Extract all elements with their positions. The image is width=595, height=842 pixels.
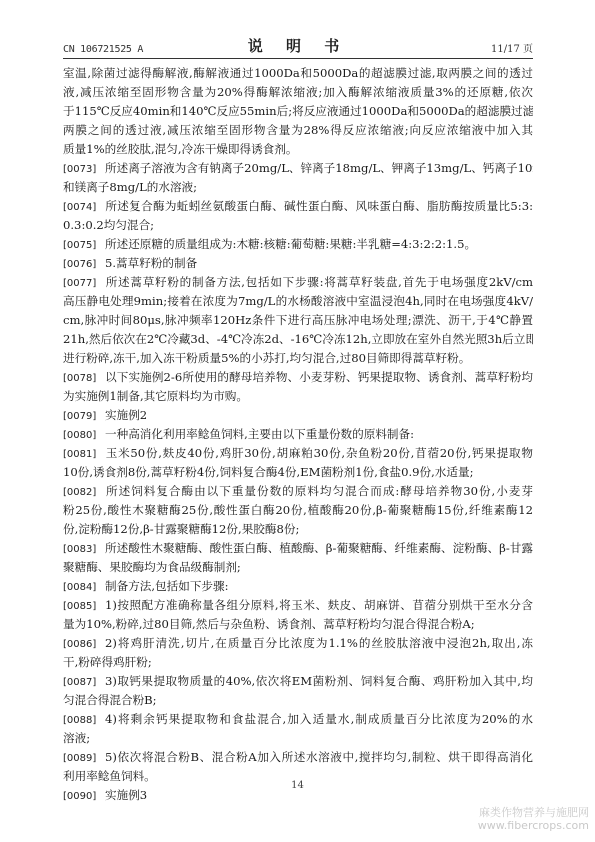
paragraph-line: 为实施例1制备,其它原料均为市购。: [63, 387, 533, 406]
paragraph-text: 5)依次将混合粉B、混合粉A加入所述水溶液中,搅拌均匀,制粒、烘干即得高消化: [105, 750, 533, 764]
paragraph-number: [0087]: [63, 673, 105, 691]
paragraph-text: 所述饲料复合酶由以下重量份数的原料均匀混合而成:酵母培养物30份,小麦芽: [105, 484, 533, 498]
paragraph-line-numbered: [0074]所述复合酶为蚯蚓丝氨酸蛋白酶、碱性蛋白酶、风味蛋白酶、脂肪酶按质量比…: [63, 197, 533, 216]
paragraph-number: [0089]: [63, 749, 105, 767]
paragraph-text: 21h,然后依次在2℃冷藏3d、-4℃冷冻2d、-16℃冷冻12h,立即放在室外…: [63, 332, 533, 346]
paragraph-text: 所述复合酶为蚯蚓丝氨酸蛋白酶、碱性蛋白酶、风味蛋白酶、脂肪酶按质量比5:3:: [105, 199, 533, 213]
paragraph-text: 以下实施例2-6所使用的酵母培养物、小麦芽粉、钙果提取物、诱食剂、蒿草籽粉均: [105, 370, 533, 384]
paragraph-line-numbered: [0087]3)取钙果提取物质量的40%,依次将EM菌粉剂、饲料复合酶、鸡肝粉加…: [63, 672, 533, 691]
paragraph-line: 0.3:0.2均匀混合;: [63, 216, 533, 235]
paragraph-text: 为实施例1制备,其它原料均为市购。: [63, 389, 248, 403]
paragraph-line: 匀混合得混合粉B;: [63, 691, 533, 710]
paragraph-text: 所述蒿草籽粉的制备方法,包括如下步骤:将蒿草籽装盘,首先于电场强度2kV/cm: [105, 275, 533, 289]
paragraph-line-numbered: [0080]一种高消化利用率鲶鱼饲料,主要由以下重量份数的原料制备:: [63, 425, 533, 444]
paragraph-number: [0074]: [63, 198, 105, 216]
watermark: 麻类作物营养与施肥网 www.fibercrops.com: [478, 806, 589, 832]
page-header: CN 106721525 A 说 明 书 11/17 页: [63, 36, 533, 59]
page-number: 14: [0, 780, 595, 791]
paragraph-line-numbered: [0081]玉米50份,麸皮40份,鸡肝30份,胡麻粕30份,杂鱼粉20份,苜蓿…: [63, 444, 533, 463]
watermark-url: www.fibercrops.com: [478, 819, 589, 832]
paragraph-line: 质量1%的丝胶肽,混匀,冷冻干燥即得诱食剂。: [63, 140, 533, 159]
paragraph-text: 高压静电处理9min;接着在浓度为7mg/L的水杨酸溶液中室温浸泡4h,同时在电…: [63, 294, 533, 308]
paragraph-line: 于115℃反应40min和140℃反应55min后;将反应液通过1000Da和5…: [63, 102, 533, 121]
document-body: 室温,除菌过滤得酶解液,酶解液通过1000Da和5000Da的超滤膜过滤,取两膜…: [63, 64, 533, 805]
paragraph-text: 0.3:0.2均匀混合;: [63, 218, 154, 232]
page-counter: 11/17 页: [491, 40, 533, 55]
paragraph-text: 粉25份,酸性木聚糖酶25份,酸性蛋白酶20份,植酸酶20份,β-葡聚糖酶15份…: [63, 503, 533, 517]
paragraph-line-numbered: [0084]制备方法,包括如下步骤:: [63, 577, 533, 596]
paragraph-number: [0083]: [63, 540, 105, 558]
paragraph-line: 室温,除菌过滤得酶解液,酶解液通过1000Da和5000Da的超滤膜过滤,取两膜…: [63, 64, 533, 83]
paragraph-number: [0086]: [63, 635, 105, 653]
paragraph-line-numbered: [0085]1)按照配方准确称量各组分原料,将玉米、麸皮、胡麻饼、苜蓿分别烘干至…: [63, 596, 533, 615]
paragraph-line-numbered: [0077]所述蒿草籽粉的制备方法,包括如下步骤:将蒿草籽装盘,首先于电场强度2…: [63, 273, 533, 292]
paragraph-text: 实施例2: [105, 408, 147, 422]
paragraph-number: [0080]: [63, 426, 105, 444]
paragraph-line: 21h,然后依次在2℃冷藏3d、-4℃冷冻2d、-16℃冷冻12h,立即放在室外…: [63, 330, 533, 349]
watermark-site-name: 麻类作物营养与施肥网: [478, 806, 589, 819]
paragraph-text: 份,淀粉酶12份,β-甘露聚糖酶12份,果胶酶8份;: [63, 522, 299, 536]
paragraph-line-numbered: [0079]实施例2: [63, 406, 533, 425]
paragraph-text: 1)按照配方准确称量各组分原料,将玉米、麸皮、胡麻饼、苜蓿分别烘干至水分含: [105, 598, 533, 612]
paragraph-line: 10份,诱食剂8份,蒿草籽粉4份,饲料复合酶4份,EM菌粉剂1份,食盐0.9份,…: [63, 463, 533, 482]
paragraph-number: [0081]: [63, 445, 105, 463]
paragraph-line: 聚糖酶、果胶酶均为食品级酶制剂;: [63, 558, 533, 577]
paragraph-text: 匀混合得混合粉B;: [63, 693, 157, 707]
paragraph-text: 于115℃反应40min和140℃反应55min后;将反应液通过1000Da和5…: [63, 104, 533, 118]
paragraph-text: 10份,诱食剂8份,蒿草籽粉4份,饲料复合酶4份,EM菌粉剂1份,食盐0.9份,…: [63, 465, 474, 479]
paragraph-text: 室温,除菌过滤得酶解液,酶解液通过1000Da和5000Da的超滤膜过滤,取两膜…: [63, 66, 533, 80]
paragraph-text: 3)取钙果提取物质量的40%,依次将EM菌粉剂、饲料复合酶、鸡肝粉加入其中,均: [105, 674, 533, 688]
paragraph-line: 和镁离子8mg/L的水溶液;: [63, 178, 533, 197]
paragraph-line: 量为10%,粉碎,过80目筛,然后与杂鱼粉、诱食剂、蒿草籽粉均匀混合得混合粉A;: [63, 615, 533, 634]
paragraph-text: 和镁离子8mg/L的水溶液;: [63, 180, 197, 194]
paragraph-text: 质量1%的丝胶肽,混匀,冷冻干燥即得诱食剂。: [63, 142, 297, 156]
paragraph-number: [0082]: [63, 483, 105, 501]
paragraph-line: cm,脉冲时间80μs,脉冲频率120Hz条件下进行高压脉冲电场处理;漂洗、沥干…: [63, 311, 533, 330]
paragraph-line: 溶液;: [63, 729, 533, 748]
paragraph-text: 玉米50份,麸皮40份,鸡肝30份,胡麻粕30份,杂鱼粉20份,苜蓿20份,钙果…: [105, 446, 533, 460]
paragraph-line-numbered: [0073]所述离子溶液为含有钠离子20mg/L、锌离子18mg/L、钾离子13…: [63, 159, 533, 178]
paragraph-number: [0073]: [63, 160, 105, 178]
paragraph-text: 干,粉碎得鸡肝粉;: [63, 655, 152, 669]
paragraph-text: 进行粉碎,冻干,加入冻干粉质量5%的小苏打,均匀混合,过80目筛即得蒿草籽粉。: [63, 351, 470, 365]
paragraph-line-numbered: [0089]5)依次将混合粉B、混合粉A加入所述水溶液中,搅拌均匀,制粒、烘干即…: [63, 748, 533, 767]
document-title: 说 明 书: [63, 35, 533, 56]
paragraph-line: 干,粉碎得鸡肝粉;: [63, 653, 533, 672]
paragraph-line: 液,减压浓缩至固形物含量为20%得酶解浓缩液;加入酶解浓缩液质量3%的还原糖,依…: [63, 83, 533, 102]
paragraph-text: 4)将剩余钙果提取物和食盐混合,加入适量水,制成质量百分比浓度为20%的水: [105, 712, 533, 726]
paragraph-text: 溶液;: [63, 731, 90, 745]
paragraph-line: 进行粉碎,冻干,加入冻干粉质量5%的小苏打,均匀混合,过80目筛即得蒿草籽粉。: [63, 349, 533, 368]
paragraph-number: [0078]: [63, 369, 105, 387]
paragraph-text: 两膜之间的透过液,减压浓缩至固形物含量为28%得反应浓缩液;向反应浓缩液中加入其: [63, 123, 533, 137]
paragraph-text: 所述离子溶液为含有钠离子20mg/L、锌离子18mg/L、钾离子13mg/L、钙…: [105, 161, 533, 175]
paragraph-text: 5.蒿草籽粉的制备: [105, 256, 197, 270]
paragraph-number: [0075]: [63, 236, 105, 254]
paragraph-line: 两膜之间的透过液,减压浓缩至固形物含量为28%得反应浓缩液;向反应浓缩液中加入其: [63, 121, 533, 140]
paragraph-line-numbered: [0076]5.蒿草籽粉的制备: [63, 254, 533, 273]
paragraph-text: 量为10%,粉碎,过80目筛,然后与杂鱼粉、诱食剂、蒿草籽粉均匀混合得混合粉A;: [63, 617, 475, 631]
paragraph-line-numbered: [0088]4)将剩余钙果提取物和食盐混合,加入适量水,制成质量百分比浓度为20…: [63, 710, 533, 729]
paragraph-text: cm,脉冲时间80μs,脉冲频率120Hz条件下进行高压脉冲电场处理;漂洗、沥干…: [63, 313, 533, 327]
paragraph-line-numbered: [0075]所述还原糖的质量组成为:木糖:核糖:葡萄糖:果糖:半乳糖=4:3:2…: [63, 235, 533, 254]
paragraph-number: [0079]: [63, 407, 105, 425]
paragraph-number: [0077]: [63, 274, 105, 292]
paragraph-number: [0088]: [63, 711, 105, 729]
paragraph-line-numbered: [0086]2)将鸡肝清洗,切片,在质量百分比浓度为1.1%的丝胶肽溶液中浸泡2…: [63, 634, 533, 653]
paragraph-number: [0084]: [63, 578, 105, 596]
paragraph-line: 粉25份,酸性木聚糖酶25份,酸性蛋白酶20份,植酸酶20份,β-葡聚糖酶15份…: [63, 501, 533, 520]
paragraph-number: [0085]: [63, 597, 105, 615]
paragraph-line: 高压静电处理9min;接着在浓度为7mg/L的水杨酸溶液中室温浸泡4h,同时在电…: [63, 292, 533, 311]
paragraph-line-numbered: [0083]所述酸性木聚糖酶、酸性蛋白酶、植酸酶、β-葡聚糖酶、纤维素酶、淀粉酶…: [63, 539, 533, 558]
paragraph-text: 所述酸性木聚糖酶、酸性蛋白酶、植酸酶、β-葡聚糖酶、纤维素酶、淀粉酶、β-甘露: [105, 541, 533, 555]
paragraph-text: 制备方法,包括如下步骤:: [105, 579, 229, 593]
paragraph-number: [0076]: [63, 255, 105, 273]
paragraph-text: 2)将鸡肝清洗,切片,在质量百分比浓度为1.1%的丝胶肽溶液中浸泡2h,取出,冻: [105, 636, 533, 650]
paragraph-text: 所述还原糖的质量组成为:木糖:核糖:葡萄糖:果糖:半乳糖=4:3:2:2:1.5…: [105, 237, 476, 251]
paragraph-line-numbered: [0082]所述饲料复合酶由以下重量份数的原料均匀混合而成:酵母培养物30份,小…: [63, 482, 533, 501]
paragraph-line: 份,淀粉酶12份,β-甘露聚糖酶12份,果胶酶8份;: [63, 520, 533, 539]
paragraph-text: 液,减压浓缩至固形物含量为20%得酶解浓缩液;加入酶解浓缩液质量3%的还原糖,依…: [63, 85, 533, 99]
paragraph-line-numbered: [0078]以下实施例2-6所使用的酵母培养物、小麦芽粉、钙果提取物、诱食剂、蒿…: [63, 368, 533, 387]
paragraph-text: 聚糖酶、果胶酶均为食品级酶制剂;: [63, 560, 241, 574]
paragraph-text: 一种高消化利用率鲶鱼饲料,主要由以下重量份数的原料制备:: [105, 427, 414, 441]
